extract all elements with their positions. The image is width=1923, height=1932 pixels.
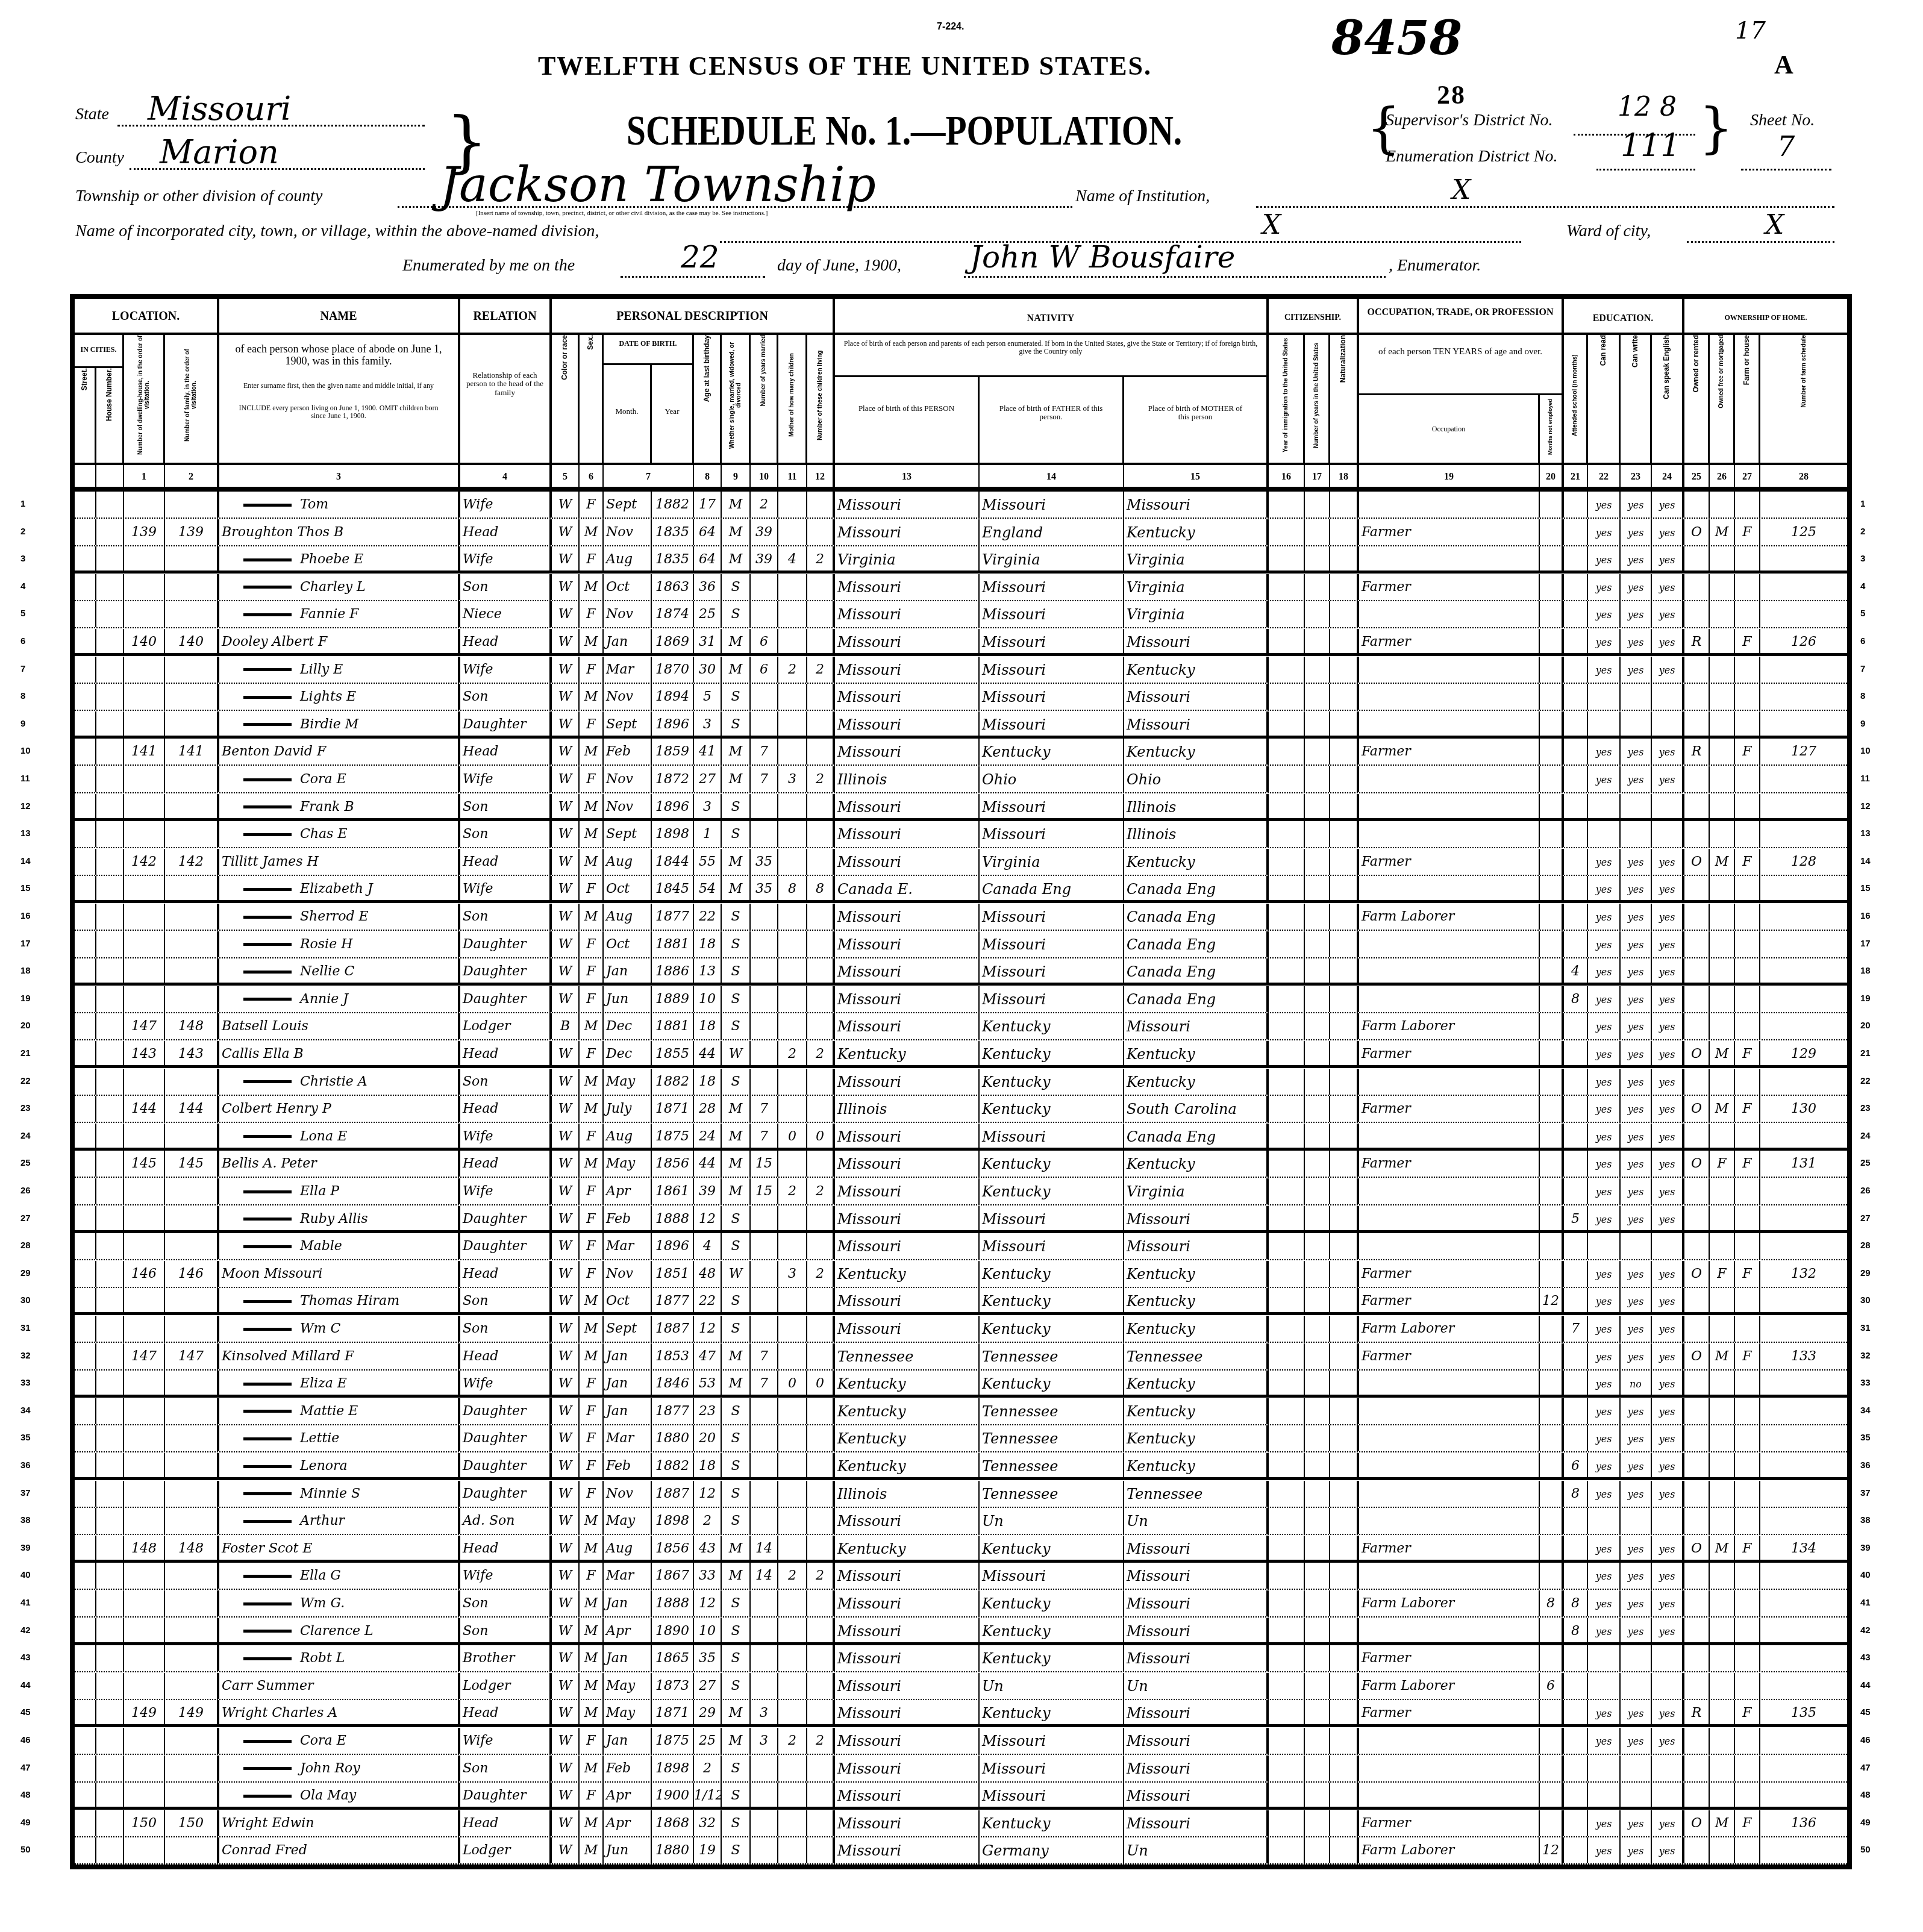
cell-free: M [1710, 519, 1735, 545]
cell-nat [1330, 904, 1359, 930]
cell-street [75, 876, 96, 900]
cell-month: Aug [604, 904, 652, 930]
cell-text: O [1691, 1349, 1702, 1364]
cell-month: Jan [604, 1371, 652, 1395]
cell-text: Virginia [1127, 551, 1185, 568]
cell-relation: Head [460, 1343, 552, 1369]
cell-family [165, 986, 219, 1012]
cell-year: 1846 [652, 1371, 694, 1395]
cell-bp: Kentucky [835, 1536, 980, 1560]
cell-text: yes [1596, 1845, 1612, 1857]
cell-own: R [1684, 1700, 1710, 1724]
cell-month: Apr [604, 1178, 652, 1204]
cell-text: Missouri [837, 1513, 901, 1530]
cell-dwelling [124, 1316, 165, 1342]
cell-text: 64 [699, 552, 716, 567]
cell-occ: Farm Laborer [1359, 1673, 1540, 1699]
township-label: Township or other division of county [75, 187, 322, 206]
cell-occ [1359, 1371, 1540, 1395]
cell-living [807, 1316, 835, 1342]
cell-house [96, 1700, 124, 1724]
cell-dwelling [124, 1755, 165, 1781]
cell-write: yes [1621, 958, 1652, 983]
cell-text: M [729, 634, 743, 649]
cell-bm: Kentucky [1124, 1069, 1269, 1095]
cell-yrs [1305, 1069, 1330, 1095]
cell-name: Lenora [219, 1453, 460, 1477]
state-value: Missouri [148, 90, 291, 128]
cell-bf: Missouri [980, 904, 1124, 930]
cell-text: W [558, 689, 572, 704]
cell-text: Illinois [1127, 826, 1176, 843]
cell-speak [1652, 1508, 1684, 1534]
cell-text: Jan [606, 634, 628, 649]
table-row: Cora EWifeWFNov187227M732IllinoisOhioOhi… [75, 766, 1847, 793]
cell-imm [1269, 601, 1305, 627]
cell-text: M [729, 1101, 743, 1116]
cell-text: Missouri [837, 1128, 901, 1145]
cell-sex: F [580, 1233, 604, 1259]
cell-text: 2 [816, 1568, 824, 1583]
cell-own [1684, 546, 1710, 571]
cell-text: Head [463, 1266, 498, 1281]
cell-month: Apr [604, 1783, 652, 1807]
cell-bf: Tennessee [980, 1425, 1124, 1451]
cell-family [165, 1233, 219, 1259]
cell-text: W [558, 1513, 572, 1528]
cell-text: Rosie H [300, 937, 352, 952]
cell-text: Robt L [300, 1651, 345, 1666]
cell-text: M [584, 1101, 598, 1116]
cell-imm [1269, 1343, 1305, 1369]
cell-farm [1735, 986, 1760, 1012]
cell-write: yes [1621, 876, 1652, 900]
cell-text: Tennessee [982, 1348, 1058, 1365]
cell-age: 12 [694, 1590, 722, 1616]
cell-ym: 7 [751, 739, 778, 764]
cell-text: Kentucky [1127, 1155, 1195, 1172]
cell-text: yes [1628, 527, 1644, 539]
cell-age: 12 [694, 1481, 722, 1507]
cell-text: M [584, 580, 598, 595]
cell-living [807, 1151, 835, 1177]
cell-ym: 2 [751, 492, 778, 517]
cell-text: F [1742, 744, 1751, 759]
cell-mother: 2 [778, 1041, 807, 1065]
cell-color: W [552, 986, 580, 1012]
cell-dwelling [124, 1398, 165, 1424]
cell-text: Wm C [300, 1321, 340, 1336]
cell-text: Daughter [463, 1211, 527, 1227]
cell-relation: Head [460, 1536, 552, 1560]
cell-unemp [1540, 1453, 1564, 1477]
cell-text: 2 [816, 1046, 824, 1061]
cell-age: 43 [694, 1536, 722, 1560]
cell-text: Head [463, 634, 498, 649]
enumerated-suffix: day of June, 1900, [777, 256, 901, 275]
cell-text: 13 [699, 964, 716, 979]
cell-text: yes [1659, 1543, 1675, 1555]
cell-read: yes [1588, 986, 1621, 1012]
cell-read: yes [1588, 574, 1621, 600]
table-row: Lona EWifeWFAug187524M700MissouriMissour… [75, 1124, 1847, 1151]
cell-house [96, 1178, 124, 1204]
cell-text: Kentucky [1127, 661, 1195, 678]
cell-month: Nov [604, 1481, 652, 1507]
line-number: 31 [20, 1323, 31, 1333]
cell-year: 1870 [652, 657, 694, 683]
cell-bm: Illinois [1124, 794, 1269, 818]
cell-text: Aug [606, 1129, 633, 1144]
birth-mother-head: Place of birth of MOTHER of this person [1124, 377, 1269, 463]
cell-dwelling [124, 1069, 165, 1095]
occupation-desc: of each person TEN YEARS of age and over… [1359, 335, 1564, 395]
cell-occ: Farm Laborer [1359, 904, 1540, 930]
cell-school [1564, 1398, 1588, 1424]
cell-farm [1735, 1453, 1760, 1477]
cell-relation: Brother [460, 1645, 552, 1671]
cell-color: W [552, 739, 580, 764]
cell-family [165, 1371, 219, 1395]
cell-text: F [586, 964, 595, 979]
line-number: 1 [20, 499, 25, 509]
cell-bf: Missouri [980, 821, 1124, 847]
institution-label: Name of Institution, [1075, 187, 1210, 206]
cell-relation: Wife [460, 876, 552, 900]
cell-age: 2 [694, 1508, 722, 1534]
cell-mother: 8 [778, 876, 807, 900]
cell-text: Missouri [837, 689, 901, 705]
cell-text: Wife [463, 1129, 493, 1144]
cell-bf: Missouri [980, 1755, 1124, 1781]
cell-dwelling [124, 1124, 165, 1148]
cell-age: 18 [694, 931, 722, 957]
cell-sched [1760, 1233, 1847, 1259]
cell-ym: 15 [751, 1151, 778, 1177]
cell-school [1564, 1810, 1588, 1836]
cell-text: Ella G [300, 1568, 341, 1583]
cell-text: Jan [606, 1349, 628, 1364]
cell-sched [1760, 1425, 1847, 1451]
cell-write: yes [1621, 1151, 1652, 1177]
cell-text: Ohio [1127, 771, 1161, 788]
cell-text: 1881 [655, 1019, 689, 1034]
cell-relation: Wife [460, 1178, 552, 1204]
cell-year: 1856 [652, 1536, 694, 1560]
cell-bp: Virginia [835, 546, 980, 571]
cell-text: 25 [699, 607, 716, 622]
cell-text: Virginia [1127, 579, 1185, 596]
cell-text: F [1742, 1101, 1751, 1116]
cell-text: W [558, 1129, 572, 1144]
cell-text: yes [1659, 1433, 1675, 1445]
birth-date-head: DATE OF BIRTH. [604, 335, 694, 365]
cell-unemp [1540, 794, 1564, 818]
cell-text: yes [1596, 1296, 1612, 1307]
cell-text: Kentucky [1127, 524, 1195, 541]
can-write-head: Can write [1621, 335, 1652, 463]
cell-read: yes [1588, 1206, 1621, 1230]
cell-unemp [1540, 1343, 1564, 1369]
cell-street [75, 1124, 96, 1148]
cell-text: 1875 [655, 1733, 689, 1748]
cell-text: Nov [606, 607, 633, 622]
cell-text: M [729, 1129, 743, 1144]
cell-bf: Kentucky [980, 1618, 1124, 1642]
cell-nat [1330, 876, 1359, 900]
cell-text: F [1742, 525, 1751, 540]
line-number: 38 [1860, 1515, 1871, 1525]
table-row: 147148Batsell LouisLodgerBMDec188118SMis… [75, 1013, 1847, 1040]
cell-relation: Son [460, 1755, 552, 1781]
table-row: Charley LSonWMOct186336SMissouriMissouri… [75, 574, 1847, 601]
cell-school [1564, 546, 1588, 571]
cell-imm [1269, 1673, 1305, 1699]
ditto-dash [243, 943, 292, 946]
cell-bp: Missouri [835, 1508, 980, 1534]
ditto-dash [243, 504, 292, 507]
cell-sched [1760, 1316, 1847, 1342]
cell-yrs [1305, 1398, 1330, 1424]
cell-text: S [731, 1321, 740, 1336]
stamp-number: 8458 [1331, 11, 1462, 66]
cell-imm [1269, 1508, 1305, 1534]
ditto-dash [243, 998, 292, 1001]
cell-text: 1855 [655, 1046, 689, 1061]
cell-mother: 4 [778, 546, 807, 571]
ditto-dash [243, 1767, 292, 1770]
line-number: 25 [1860, 1158, 1871, 1168]
house-number-head: House Number. [96, 368, 124, 463]
cell-marital: S [722, 1233, 751, 1259]
cell-write [1621, 1783, 1652, 1807]
cell-sex: F [580, 1206, 604, 1230]
cell-bf: Missouri [980, 986, 1124, 1012]
cell-text: W [558, 1761, 572, 1776]
ditto-dash [243, 558, 292, 561]
cell-text: Feb [606, 1211, 631, 1227]
cell-text: Dooley Albert F [222, 634, 327, 649]
cell-text: W [558, 1651, 572, 1666]
cell-sex: F [580, 766, 604, 792]
table-row: 147147Kinsolved Millard FHeadWMJan185347… [75, 1343, 1847, 1371]
cell-text: Missouri [1127, 1650, 1190, 1667]
cell-family [165, 876, 219, 900]
cell-text: 133 [1791, 1349, 1816, 1364]
cell-relation: Ad. Son [460, 1508, 552, 1534]
cell-text: Farmer [1362, 1046, 1411, 1061]
ward-value: X [1765, 210, 1784, 240]
cell-text: 2 [816, 1733, 824, 1748]
cell-family [165, 1288, 219, 1312]
cell-text: Tennessee [982, 1403, 1058, 1420]
line-number: 6 [1860, 636, 1865, 646]
cell-occ [1359, 1783, 1540, 1807]
cell-ym [751, 1481, 778, 1507]
cell-mother [778, 1618, 807, 1642]
cell-relation: Son [460, 1590, 552, 1616]
cell-year: 1887 [652, 1481, 694, 1507]
cell-farm [1735, 546, 1760, 571]
cell-text: 1887 [655, 1321, 689, 1336]
cell-color: W [552, 1206, 580, 1230]
cell-month: Jan [604, 1645, 652, 1671]
cell-street [75, 1700, 96, 1724]
cell-ym [751, 1206, 778, 1230]
cell-color: W [552, 1233, 580, 1259]
cell-text: 14 [755, 1568, 772, 1583]
cell-marital: S [722, 1755, 751, 1781]
cell-write: yes [1621, 1618, 1652, 1642]
cell-text: S [731, 799, 740, 814]
enumerator-label: , Enumerator. [1389, 256, 1481, 275]
cell-text: Missouri [837, 799, 901, 816]
cell-marital: S [722, 1590, 751, 1616]
cell-sched [1760, 766, 1847, 792]
cell-mother [778, 492, 807, 517]
cell-text: Farmer [1362, 634, 1411, 649]
cell-color: W [552, 1590, 580, 1616]
cell-text: W [558, 1843, 572, 1858]
cell-month: Jan [604, 1728, 652, 1754]
cell-yrs [1305, 1041, 1330, 1065]
cell-occ [1359, 492, 1540, 517]
cell-write: yes [1621, 766, 1652, 792]
cell-yrs [1305, 1563, 1330, 1589]
cell-write: yes [1621, 546, 1652, 571]
cell-relation: Niece [460, 601, 552, 627]
cell-bf: Tennessee [980, 1481, 1124, 1507]
ditto-dash [243, 1328, 292, 1331]
cell-school [1564, 1013, 1588, 1039]
cell-read: yes [1588, 1618, 1621, 1642]
cell-yrs [1305, 904, 1330, 930]
cell-mother [778, 1783, 807, 1807]
cell-text: F [1717, 1266, 1726, 1281]
cell-family [165, 684, 219, 710]
cell-text: Canada Eng [1127, 908, 1216, 925]
supervisor-value: 12 8 [1618, 92, 1677, 122]
cell-color: W [552, 1508, 580, 1534]
cell-text: F [586, 1239, 595, 1254]
cell-unemp [1540, 876, 1564, 900]
cell-text: yes [1596, 1571, 1612, 1582]
cell-ym [751, 1069, 778, 1095]
cell-text: 142 [131, 854, 157, 869]
cell-bf: Kentucky [980, 1096, 1124, 1122]
cell-house [96, 1810, 124, 1836]
cell-living [807, 1206, 835, 1230]
cell-month: Nov [604, 794, 652, 818]
cell-age: 4 [694, 1233, 722, 1259]
cell-marital: S [722, 904, 751, 930]
months-unemployed-head: Months not employed [1540, 395, 1564, 463]
cell-read: yes [1588, 1590, 1621, 1616]
cell-nat [1330, 1124, 1359, 1148]
cell-sched [1760, 1783, 1847, 1807]
cell-living [807, 601, 835, 627]
group-location: LOCATION. [75, 299, 219, 335]
cell-name: Broughton Thos B [219, 519, 460, 545]
cell-living [807, 1645, 835, 1671]
cell-text: Daughter [463, 1788, 527, 1803]
cell-sched [1760, 876, 1847, 900]
cell-occ [1359, 931, 1540, 957]
cell-text: F [586, 497, 595, 512]
cell-ym [751, 684, 778, 710]
cell-house [96, 1453, 124, 1477]
cell-dwelling [124, 931, 165, 957]
cell-color: W [552, 684, 580, 710]
line-number: 29 [20, 1268, 31, 1278]
cell-text: 14 [755, 1541, 772, 1556]
cell-text: Sept [606, 497, 637, 512]
cell-year: 1886 [652, 958, 694, 983]
cell-age: 25 [694, 601, 722, 627]
cell-living: 2 [807, 1563, 835, 1589]
cell-speak: yes [1652, 931, 1684, 957]
cell-text: Kentucky [837, 1266, 906, 1283]
cell-bm: Un [1124, 1837, 1269, 1863]
cell-marital: W [722, 1041, 751, 1065]
cell-own: R [1684, 739, 1710, 764]
cell-text: Son [463, 1321, 489, 1336]
cell-occ: Farmer [1359, 1700, 1540, 1724]
cell-yrs [1305, 519, 1330, 545]
cell-sched [1760, 794, 1847, 818]
cell-text: yes [1628, 582, 1644, 593]
cell-text: Jan [606, 1651, 628, 1666]
cell-text: Kentucky [982, 1018, 1051, 1035]
cell-read [1588, 1673, 1621, 1699]
cell-color: W [552, 1453, 580, 1477]
cell-living [807, 1481, 835, 1507]
table-header: LOCATION. NAME RELATION PERSONAL DESCRIP… [75, 299, 1847, 492]
cell-write: yes [1621, 1481, 1652, 1507]
table-row: Robt LBrotherWMJan186535SMissouriKentuck… [75, 1645, 1847, 1672]
cell-text: 53 [699, 1376, 716, 1391]
cell-family [165, 711, 219, 736]
cell-family [165, 1563, 219, 1589]
cell-farm [1735, 1837, 1760, 1863]
cell-age: 5 [694, 684, 722, 710]
cell-text: Head [463, 1101, 498, 1116]
cell-living: 2 [807, 1041, 835, 1065]
cell-text: 5 [1571, 1211, 1580, 1227]
ditto-dash [243, 1520, 292, 1523]
cell-living [807, 519, 835, 545]
cell-age: 25 [694, 1728, 722, 1754]
cell-family [165, 1645, 219, 1671]
cell-street [75, 1453, 96, 1477]
cell-text: 147 [131, 1019, 157, 1034]
line-number: 24 [20, 1131, 31, 1141]
cell-month: Jan [604, 1343, 652, 1369]
cell-free [1710, 1590, 1735, 1616]
cell-text: Missouri [837, 1815, 901, 1832]
cell-age: 39 [694, 1178, 722, 1204]
cell-text: F [586, 1733, 595, 1748]
cell-color: W [552, 1041, 580, 1065]
cell-bp: Missouri [835, 1728, 980, 1754]
cell-text: Sherrod E [300, 909, 369, 924]
cell-speak: yes [1652, 849, 1684, 875]
cell-text: Missouri [837, 1568, 901, 1584]
cell-nat [1330, 519, 1359, 545]
cell-read: yes [1588, 1425, 1621, 1451]
cell-speak: yes [1652, 1837, 1684, 1863]
cell-text: M [584, 1624, 598, 1639]
